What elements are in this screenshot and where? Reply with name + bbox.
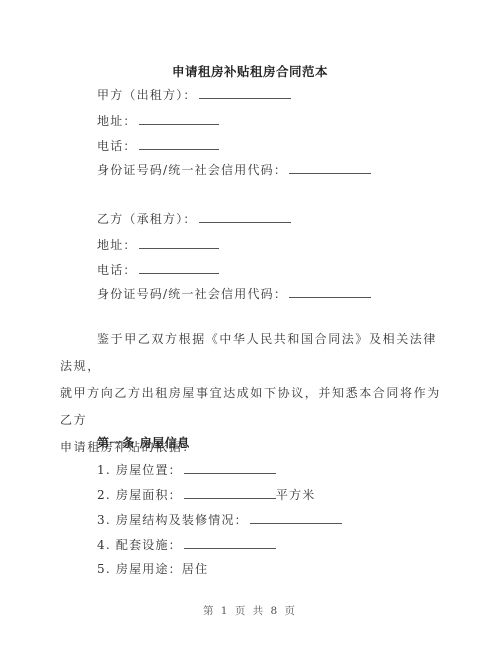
party-a-label: 甲方（出租方）： bbox=[97, 88, 197, 102]
party-b-phone-label: 电话： bbox=[97, 263, 137, 277]
party-b-id-row: 身份证号码/统一社会信用代码： bbox=[97, 285, 371, 301]
page-footer: 第 1 页 共 8 页 bbox=[0, 603, 500, 618]
house-area-unit: 平方米 bbox=[276, 488, 316, 502]
party-b-blank[interactable] bbox=[199, 210, 291, 223]
facilities-row: 4. 配套设施： bbox=[97, 536, 276, 552]
document-title: 申请租房补贴租房合同范本 bbox=[0, 62, 500, 80]
preamble-line-1: 鉴于甲乙双方根据《中华人民共和国合同法》及相关法律法规， bbox=[60, 326, 450, 380]
house-usage-row: 5. 房屋用途：居住 bbox=[97, 561, 208, 577]
party-b-address-label: 地址： bbox=[97, 238, 137, 252]
document-page: 申请租房补贴租房合同范本 甲方（出租方）： 地址： 电话： 身份证号码/统一社会… bbox=[0, 0, 500, 647]
party-a-id-row: 身份证号码/统一社会信用代码： bbox=[97, 161, 371, 177]
party-b-label: 乙方（承租方）： bbox=[97, 212, 197, 226]
party-a-address-blank[interactable] bbox=[139, 112, 219, 125]
house-location-blank[interactable] bbox=[184, 461, 276, 474]
party-b-row: 乙方（承租方）： bbox=[97, 210, 291, 226]
house-usage-value: 居住 bbox=[182, 562, 208, 576]
party-a-phone-row: 电话： bbox=[97, 137, 219, 153]
party-a-id-label: 身份证号码/统一社会信用代码： bbox=[97, 163, 287, 177]
house-area-label: 2. 房屋面积： bbox=[97, 488, 182, 502]
party-b-phone-row: 电话： bbox=[97, 261, 219, 277]
party-b-address-row: 地址： bbox=[97, 236, 219, 252]
party-b-id-label: 身份证号码/统一社会信用代码： bbox=[97, 287, 287, 301]
house-location-label: 1. 房屋位置： bbox=[97, 463, 182, 477]
house-usage-label: 5. 房屋用途： bbox=[97, 562, 182, 576]
house-structure-blank[interactable] bbox=[250, 511, 342, 524]
facilities-label: 4. 配套设施： bbox=[97, 538, 182, 552]
party-a-row: 甲方（出租方）： bbox=[97, 86, 291, 102]
house-area-row: 2. 房屋面积：平方米 bbox=[97, 486, 315, 502]
party-a-phone-label: 电话： bbox=[97, 139, 137, 153]
house-area-blank[interactable] bbox=[184, 486, 276, 499]
preamble-line-2: 就甲方向乙方出租房屋事宜达成如下协议，并知悉本合同将作为乙方 bbox=[60, 380, 450, 434]
party-b-id-blank[interactable] bbox=[289, 285, 371, 298]
house-location-row: 1. 房屋位置： bbox=[97, 461, 276, 477]
house-structure-label: 3. 房屋结构及装修情况： bbox=[97, 513, 248, 527]
party-a-phone-blank[interactable] bbox=[139, 137, 219, 150]
party-a-address-label: 地址： bbox=[97, 114, 137, 128]
article-1-heading: 第一条 房屋信息 bbox=[97, 434, 190, 451]
party-a-address-row: 地址： bbox=[97, 112, 219, 128]
house-structure-row: 3. 房屋结构及装修情况： bbox=[97, 511, 342, 527]
facilities-blank[interactable] bbox=[184, 536, 276, 549]
party-b-phone-blank[interactable] bbox=[139, 261, 219, 274]
party-b-address-blank[interactable] bbox=[139, 236, 219, 249]
party-a-blank[interactable] bbox=[199, 86, 291, 99]
party-a-id-blank[interactable] bbox=[289, 161, 371, 174]
